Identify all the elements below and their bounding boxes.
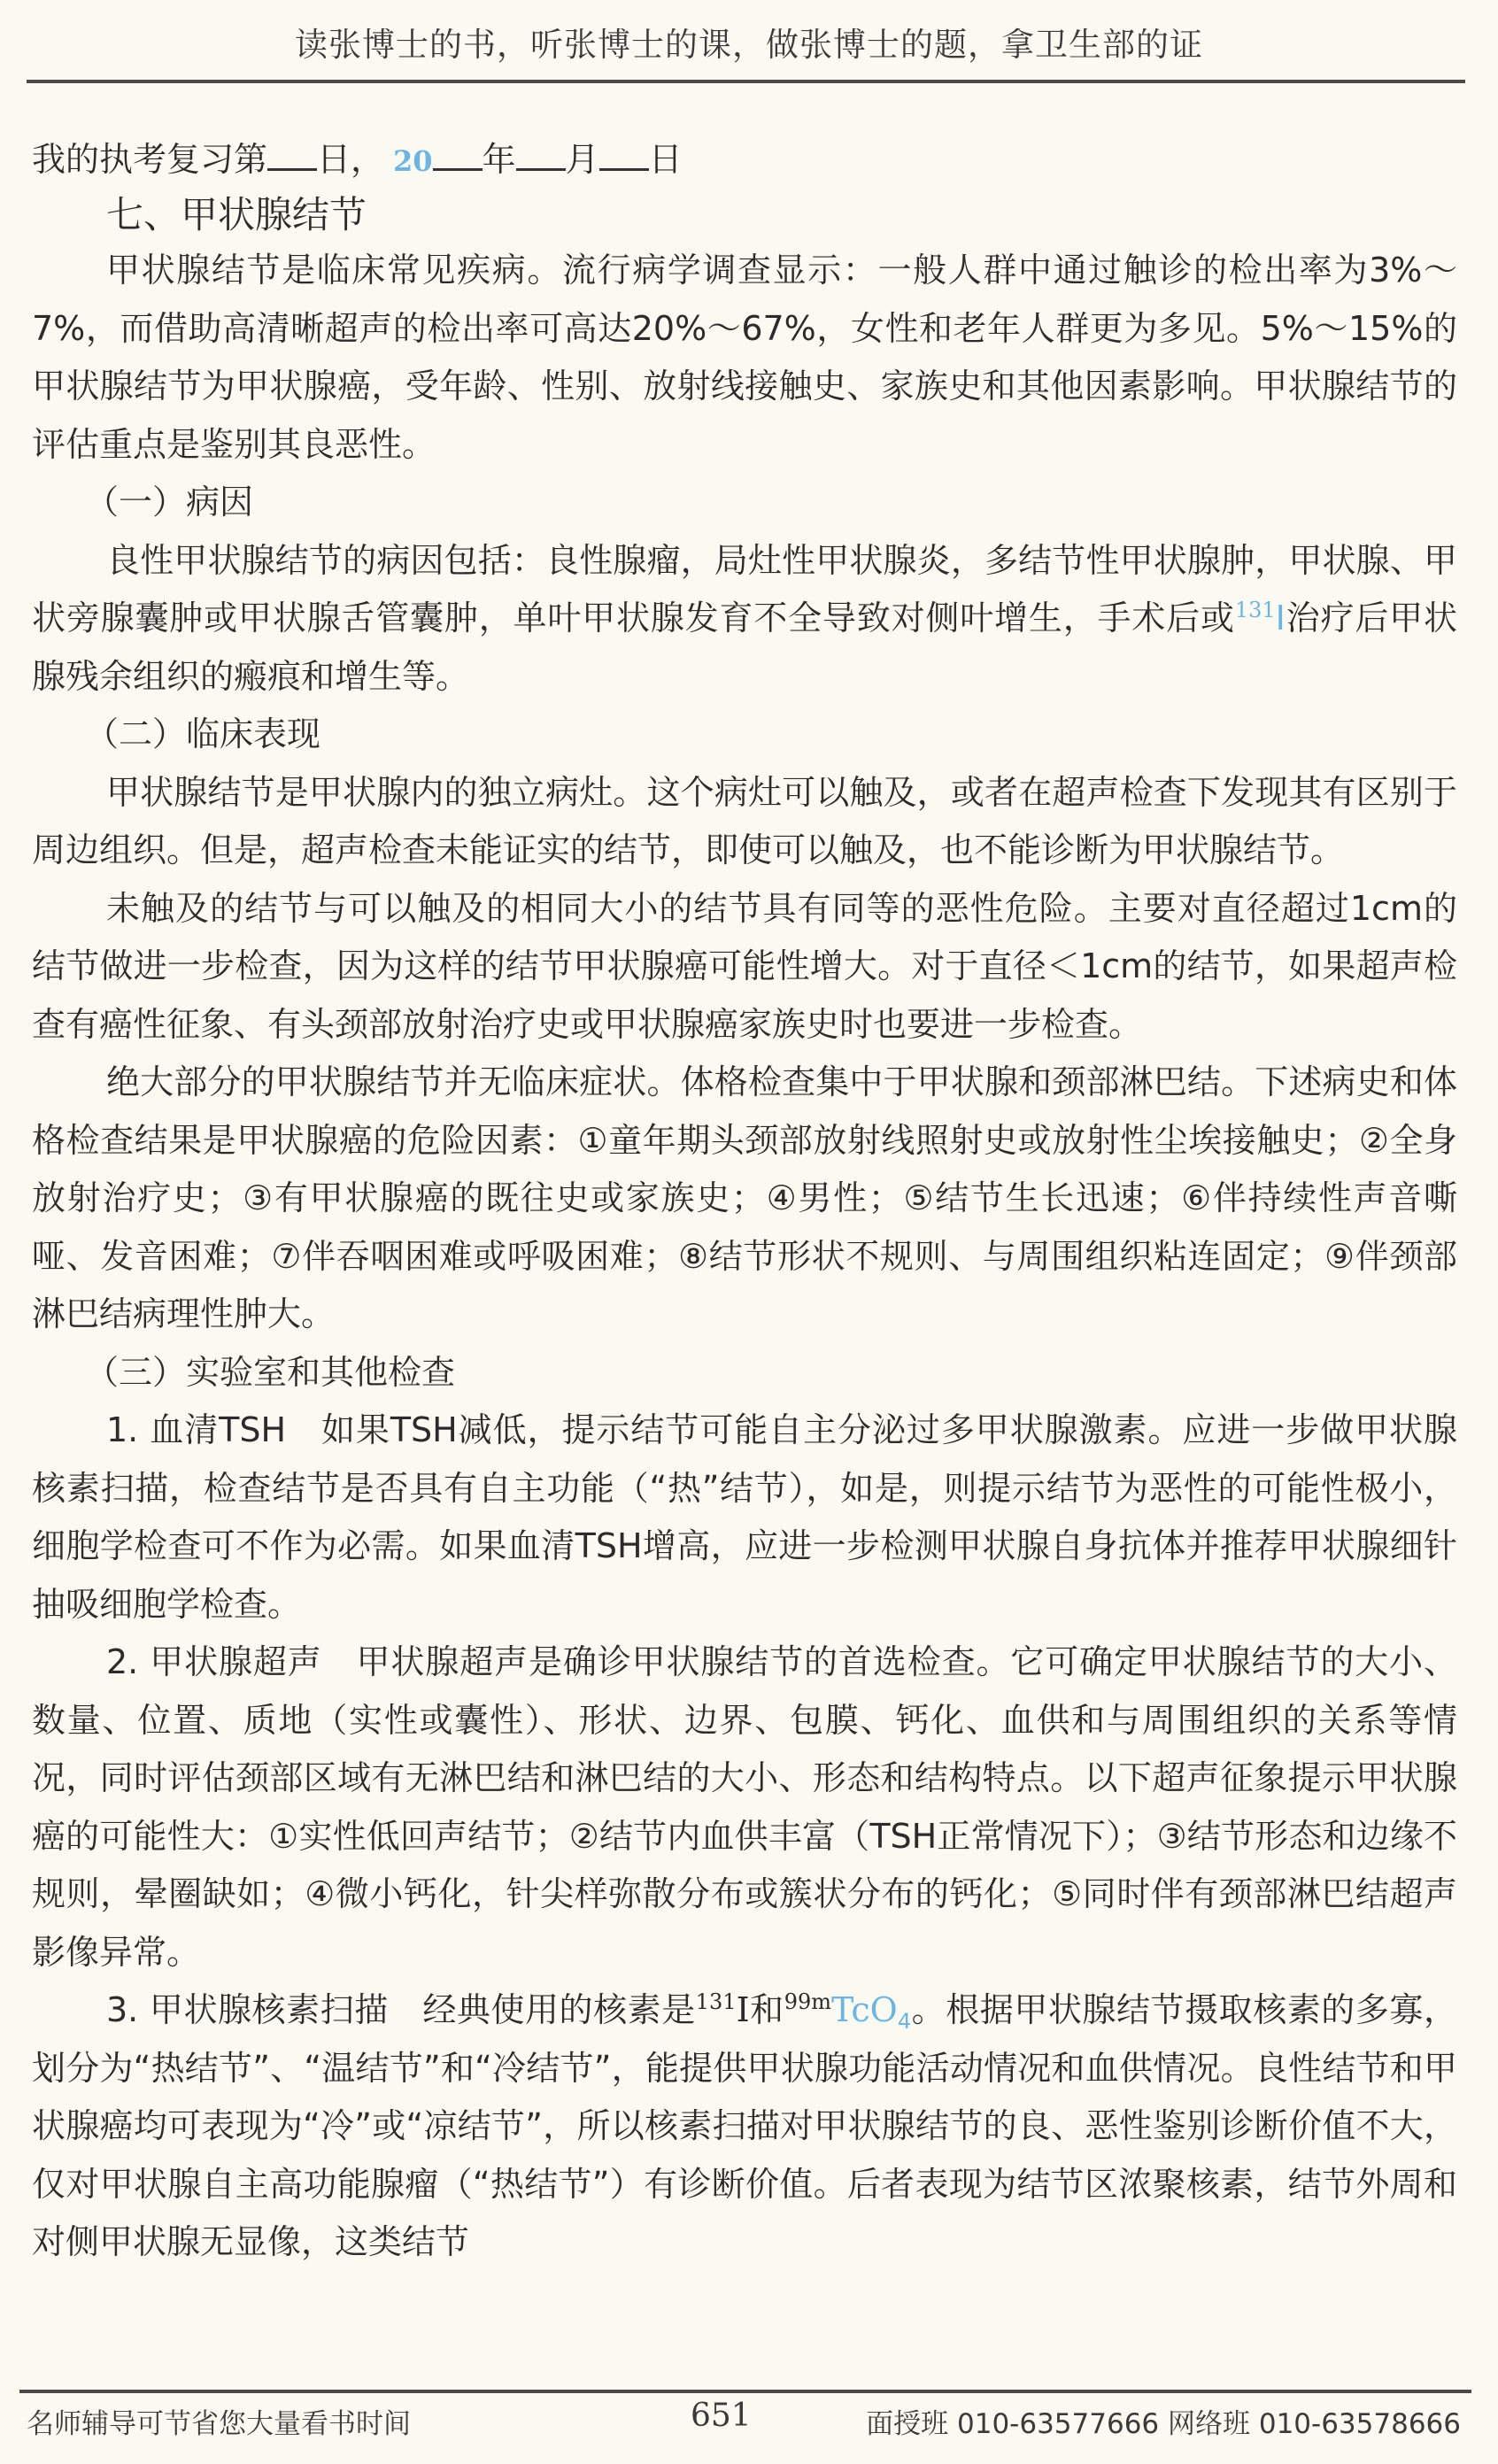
day-blank <box>267 142 317 171</box>
isotope-symbol: I <box>1276 599 1286 637</box>
lab-paragraph-ultrasound: 2. 甲状腺超声 甲状腺超声是确诊甲状腺结节的首选检查。它可确定甲状腺结节的大小… <box>32 1634 1457 1981</box>
month-blank <box>516 142 566 171</box>
month-unit: 月 <box>566 140 599 179</box>
footer-contacts: 面授班 010-63577666 网络班 010-63578666 <box>866 2401 1461 2441</box>
footer-slogan: 名师辅导可节省您大量看书时间 <box>27 2401 411 2441</box>
section-title: 七、甲状腺结节 <box>32 189 1457 242</box>
iso1-symbol: I <box>737 1990 750 2029</box>
review-date-line: 我的执考复习第日，20年月日 <box>32 131 1457 189</box>
iso1-mass: 131 <box>696 1989 737 2014</box>
page-number: 651 <box>691 2398 752 2434</box>
iso2-mass: 99m <box>784 1989 831 2014</box>
iso-joiner: 和 <box>750 1990 784 2029</box>
subsection-title-etiology: （一）病因 <box>32 474 1457 532</box>
etiology-text-before: 良性甲状腺结节的病因包括：良性腺瘤，局灶性甲状腺炎，多结节性甲状腺肿，甲状腺、甲… <box>32 541 1457 638</box>
running-head: 读张博士的书，听张博士的课，做张博士的题，拿卫生部的证 <box>0 18 1498 66</box>
iso2-formula: TcO <box>831 1990 898 2029</box>
day-unit: 日， <box>317 140 384 179</box>
lab-paragraph-tsh: 1. 血清TSH 如果TSH减低，提示结节可能自主分泌过多甲状腺激素。应进一步做… <box>32 1402 1457 1634</box>
date-blank <box>599 142 649 171</box>
review-prefix: 我的执考复习第 <box>32 140 267 179</box>
nuclide-lead: 3. 甲状腺核素扫描 经典使用的核素是 <box>106 1990 696 2029</box>
date-unit: 日 <box>649 140 683 179</box>
year-blank <box>433 142 483 171</box>
year-prefix: 20 <box>393 144 433 178</box>
clinical-paragraph-2: 未触及的结节与可以触及的相同大小的结节具有同等的恶性危险。主要对直径超过1cm的… <box>32 880 1457 1054</box>
section-intro: 甲状腺结节是临床常见疾病。流行病学调查显示：一般人群中通过触诊的检出率为3%～7… <box>32 242 1457 474</box>
page-footer: 名师辅导可节省您大量看书时间 651 面授班 010-63577666 网络班 … <box>27 2401 1461 2440</box>
subsection-title-lab: （三）实验室和其他检查 <box>32 1344 1457 1402</box>
header-rule <box>27 80 1465 83</box>
clinical-paragraph-3: 绝大部分的甲状腺结节并无临床症状。体格检查集中于甲状腺和颈部淋巴结。下述病史和体… <box>32 1054 1457 1344</box>
iso2-subscript: 4 <box>898 2009 911 2034</box>
footer-rule <box>19 2390 1471 2393</box>
clinical-paragraph-1: 甲状腺结节是甲状腺内的独立病灶。这个病灶可以触及，或者在超声检查下发现其有区别于… <box>32 764 1457 880</box>
isotope-mass: 131 <box>1235 598 1276 622</box>
etiology-paragraph: 良性甲状腺结节的病因包括：良性腺瘤，局灶性甲状腺炎，多结节性甲状腺肿，甲状腺、甲… <box>32 532 1457 707</box>
subsection-title-clinical: （二）临床表现 <box>32 706 1457 764</box>
year-unit: 年 <box>483 140 516 179</box>
nuclide-rest: 。根据甲状腺结节摄取核素的多寡，划分为“热结节”、“温结节”和“冷结节”，能提供… <box>32 1990 1457 2261</box>
lab-paragraph-nuclide: 3. 甲状腺核素扫描 经典使用的核素是131I和99mTcO4。根据甲状腺结节摄… <box>32 1981 1457 2272</box>
page-body: 我的执考复习第日，20年月日 七、甲状腺结节 甲状腺结节是临床常见疾病。流行病学… <box>32 131 1457 2272</box>
